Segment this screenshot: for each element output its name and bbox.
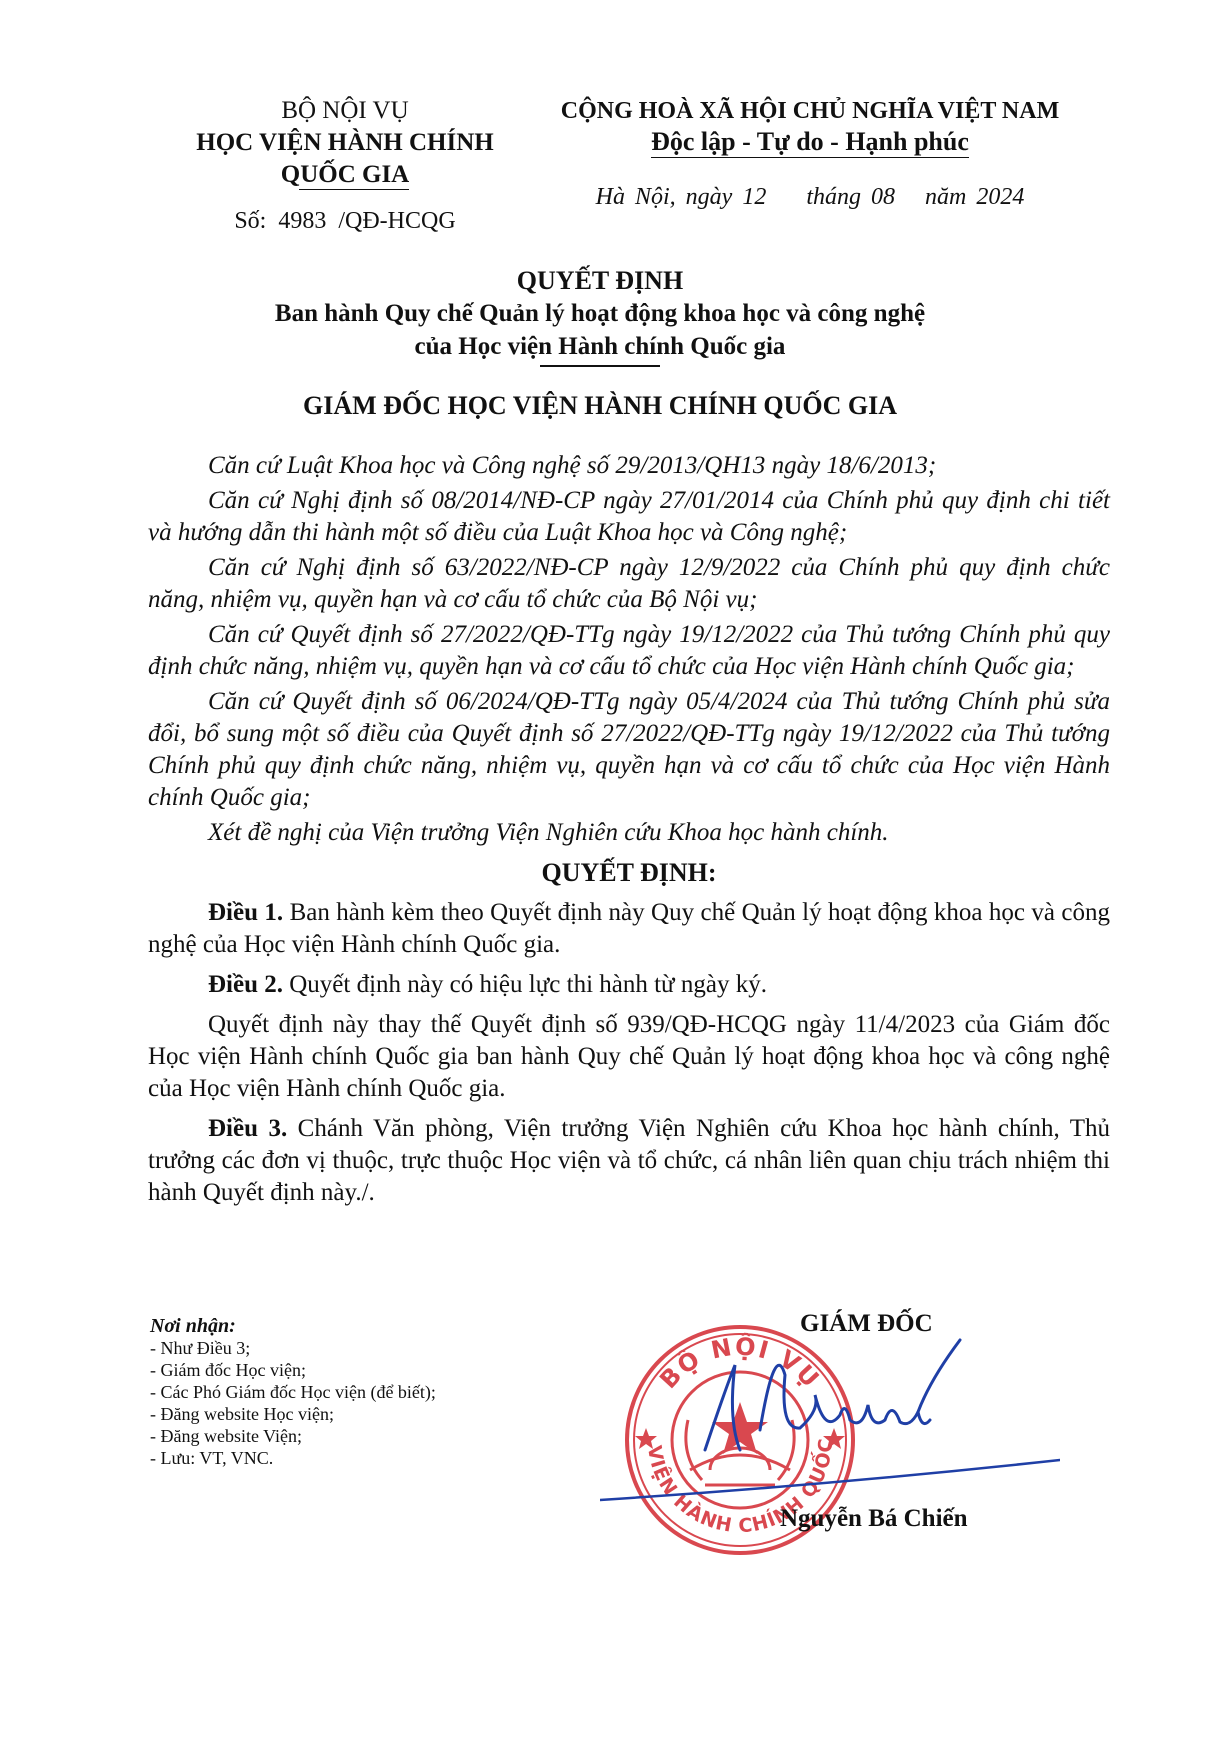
signatory-name: Nguyễn Bá Chiến	[780, 1505, 968, 1533]
recipient-item: - Đăng website Học viện;	[150, 1403, 570, 1425]
recipients-list: - Như Điều 3; - Giám đốc Học viện; - Các…	[150, 1337, 570, 1469]
document-number: Số: 4983 /QĐ-HCQG	[150, 205, 540, 237]
legal-basis-item: Căn cứ Nghị định số 08/2014/NĐ-CP ngày 2…	[148, 485, 1110, 549]
institution-name-line2: QUỐC GIA	[281, 159, 409, 191]
article-2: Điều 2. Quyết định này có hiệu lực thi h…	[148, 969, 1110, 1001]
institution-name-line1: HỌC VIỆN HÀNH CHÍNH	[150, 127, 540, 159]
article-1: Điều 1. Ban hành kèm theo Quyết định này…	[148, 897, 1110, 961]
document-subject-line1: Ban hành Quy chế Quản lý hoạt động khoa …	[150, 297, 1050, 330]
recipient-item: - Các Phó Giám đốc Học viện (để biết);	[150, 1381, 570, 1403]
document-subject-line2: của Học viện Hành chính Quốc gia	[150, 330, 1050, 363]
recipient-item: - Như Điều 3;	[150, 1337, 570, 1359]
legal-basis-item: Căn cứ Quyết định số 27/2022/QĐ-TTg ngày…	[148, 619, 1110, 683]
article-label: Điều 1.	[208, 899, 283, 926]
issuing-agency-block: BỘ NỘI VỤ HỌC VIỆN HÀNH CHÍNH QUỐC GIA S…	[150, 95, 540, 237]
legal-basis-item: Căn cứ Nghị định số 63/2022/NĐ-CP ngày 1…	[148, 552, 1110, 616]
article-text: Ban hành kèm theo Quyết định này Quy chế…	[148, 899, 1110, 958]
article-3: Điều 3. Chánh Văn phòng, Viện trưởng Việ…	[148, 1113, 1110, 1209]
article-text: Chánh Văn phòng, Viện trưởng Viện Nghiên…	[148, 1115, 1110, 1206]
issue-date: Hà Nội, ngày 12 tháng 08 năm 2024	[540, 181, 1080, 213]
article-label: Điều 2.	[208, 971, 283, 998]
legal-basis-item: Xét đề nghị của Viện trưởng Viện Nghiên …	[148, 817, 1110, 849]
recipient-item: - Đăng website Viện;	[150, 1425, 570, 1447]
national-header-block: CỘNG HOÀ XÃ HỘI CHỦ NGHĨA VIỆT NAM Độc l…	[540, 95, 1080, 213]
legal-basis-item: Căn cứ Quyết định số 06/2024/QĐ-TTg ngày…	[148, 686, 1110, 814]
document-title-block: QUYẾT ĐỊNH Ban hành Quy chế Quản lý hoạt…	[150, 264, 1050, 422]
article-text: Quyết định này có hiệu lực thi hành từ n…	[283, 971, 767, 998]
ministry-name: BỘ NỘI VỤ	[150, 95, 540, 127]
country-name: CỘNG HOÀ XÃ HỘI CHỦ NGHĨA VIỆT NAM	[540, 95, 1080, 127]
legal-bases: Căn cứ Luật Khoa học và Công nghệ số 29/…	[148, 450, 1110, 849]
signatory-title: GIÁM ĐỐC	[800, 1310, 933, 1338]
document-type: QUYẾT ĐỊNH	[150, 264, 1050, 297]
recipient-item: - Lưu: VT, VNC.	[150, 1447, 570, 1469]
title-divider	[540, 365, 660, 367]
article-2-replacement-clause: Quyết định này thay thế Quyết định số 93…	[148, 1009, 1110, 1105]
article-label: Điều 3.	[208, 1115, 287, 1142]
document-body: Căn cứ Luật Khoa học và Công nghệ số 29/…	[148, 450, 1110, 1217]
recipients-heading: Nơi nhận:	[150, 1315, 570, 1337]
issuing-authority: GIÁM ĐỐC HỌC VIỆN HÀNH CHÍNH QUỐC GIA	[150, 389, 1050, 422]
legal-basis-item: Căn cứ Luật Khoa học và Công nghệ số 29/…	[148, 450, 1110, 482]
handwritten-signature-icon	[600, 1320, 1060, 1520]
national-motto: Độc lập - Tự do - Hạnh phúc	[651, 127, 969, 158]
recipients-block: Nơi nhận: - Như Điều 3; - Giám đốc Học v…	[150, 1315, 570, 1469]
recipient-item: - Giám đốc Học viện;	[150, 1359, 570, 1381]
decision-heading: QUYẾT ĐỊNH:	[148, 857, 1110, 889]
article-text: Quyết định này thay thế Quyết định số 93…	[148, 1011, 1110, 1102]
